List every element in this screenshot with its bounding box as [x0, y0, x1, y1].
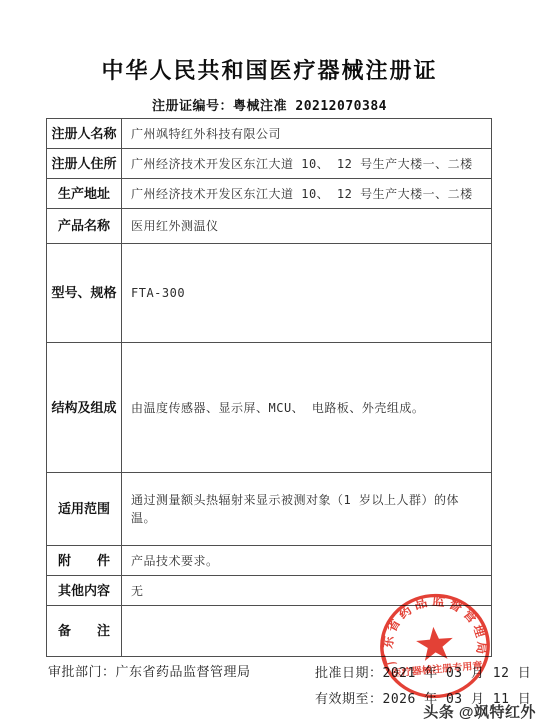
row-label: 备 注 [47, 606, 122, 656]
watermark-text: 头条 @飒特红外 [423, 701, 536, 722]
row-value: 广州经济技术开发区东江大道 10、 12 号生产大楼一、二楼 [122, 179, 491, 208]
table-row: 产品名称 医用红外测温仪 [47, 209, 491, 244]
row-value: FTA-300 [122, 244, 491, 342]
table-row: 结构及组成 由温度传感器、显示屏、MCU、 电路板、外壳组成。 [47, 343, 491, 473]
row-label: 注册人名称 [47, 119, 122, 148]
approval-label: 审批部门： [48, 665, 116, 680]
row-label: 结构及组成 [47, 343, 122, 472]
table-row: 其他内容 无 [47, 576, 491, 606]
table-row: 附 件 产品技术要求。 [47, 546, 491, 576]
table-row: 备 注 [47, 606, 491, 656]
table-row: 生产地址 广州经济技术开发区东江大道 10、 12 号生产大楼一、二楼 [47, 179, 491, 209]
approval-department: 审批部门：广东省药品监督管理局 [48, 661, 251, 680]
row-value: 无 [122, 576, 491, 605]
approve-date-value: 2021 年 03 月 12 日 [383, 666, 532, 681]
certificate-page: 中华人民共和国医疗器械注册证 注册证编号：粤械注准 20212070384 注册… [0, 0, 539, 728]
row-label: 型号、规格 [47, 244, 122, 342]
row-label: 适用范围 [47, 473, 122, 545]
cert-number-line: 注册证编号：粤械注准 20212070384 [0, 95, 539, 114]
approve-date-label: 批准日期： [315, 666, 383, 681]
row-label: 注册人住所 [47, 149, 122, 178]
cert-number-value: 粤械注准 20212070384 [233, 99, 387, 114]
table-row: 注册人名称 广州飒特红外科技有限公司 [47, 119, 491, 149]
row-value: 广州经济技术开发区东江大道 10、 12 号生产大楼一、二楼 [122, 149, 491, 178]
cert-number-label: 注册证编号： [152, 99, 233, 114]
approval-value: 广东省药品监督管理局 [116, 665, 251, 680]
table-row: 注册人住所 广州经济技术开发区东江大道 10、 12 号生产大楼一、二楼 [47, 149, 491, 179]
row-value: 由温度传感器、显示屏、MCU、 电路板、外壳组成。 [122, 343, 491, 472]
row-value: 医用红外测温仪 [122, 209, 491, 243]
row-value: 广州飒特红外科技有限公司 [122, 119, 491, 148]
row-label: 附 件 [47, 546, 122, 575]
table-row: 适用范围 通过测量额头热辐射来显示被测对象（1 岁以上人群）的体温。 [47, 473, 491, 546]
page-title: 中华人民共和国医疗器械注册证 [0, 54, 539, 85]
row-value: 通过测量额头热辐射来显示被测对象（1 岁以上人群）的体温。 [122, 473, 491, 545]
certificate-table: 注册人名称 广州飒特红外科技有限公司 注册人住所 广州经济技术开发区东江大道 1… [46, 118, 492, 657]
row-label: 产品名称 [47, 209, 122, 243]
row-value: 产品技术要求。 [122, 546, 491, 575]
row-value [122, 606, 491, 656]
row-label: 其他内容 [47, 576, 122, 605]
table-row: 型号、规格 FTA-300 [47, 244, 491, 343]
approve-date-line: 批准日期：2021 年 03 月 12 日 [315, 661, 531, 687]
row-label: 生产地址 [47, 179, 122, 208]
expiry-date-label: 有效期至： [315, 692, 383, 707]
